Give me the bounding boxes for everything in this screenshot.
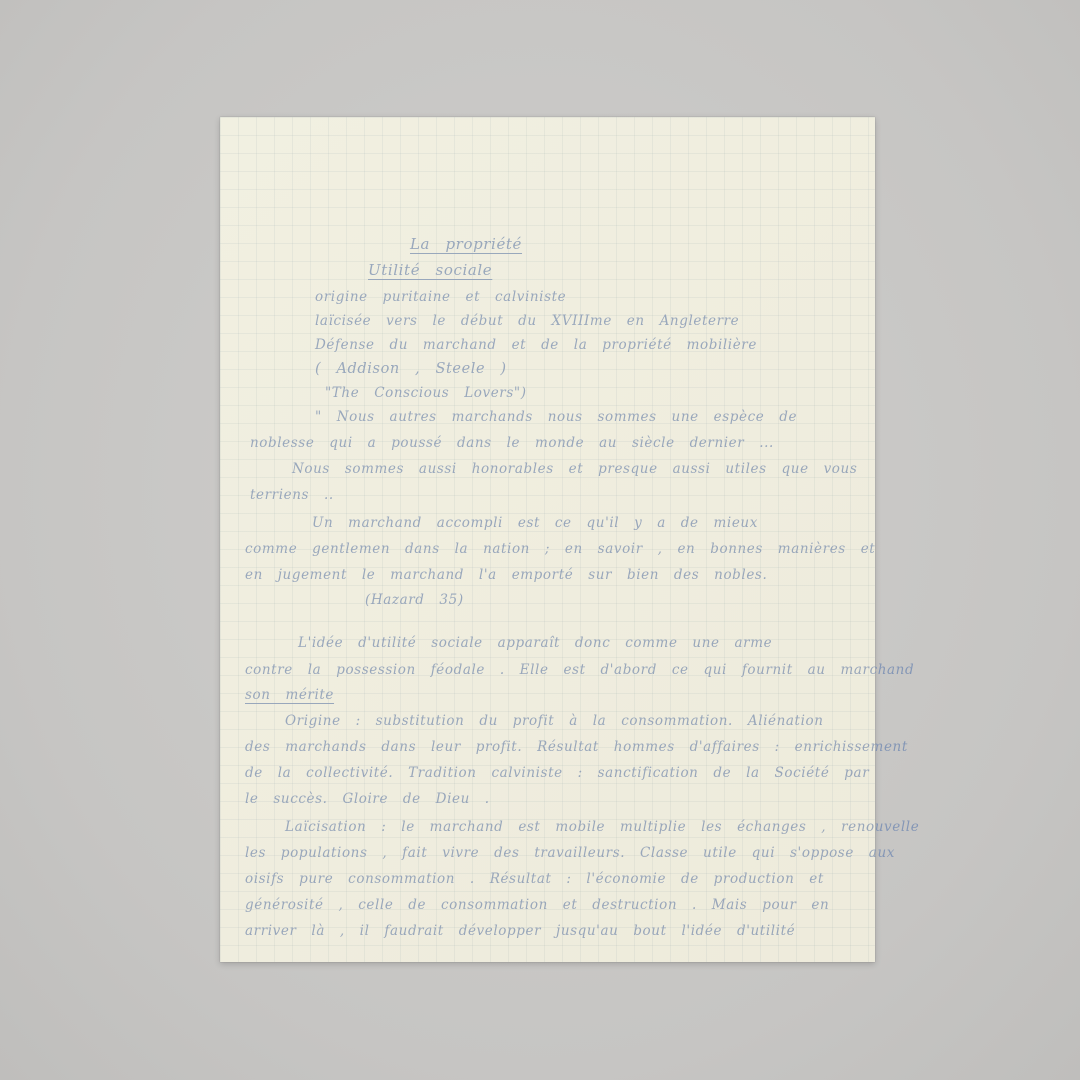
manuscript-line: le succès. Gloire de Dieu . — [245, 791, 490, 807]
manuscript-line: Origine : substitution du profit à la co… — [285, 713, 824, 729]
manuscript-line: noblesse qui a poussé dans le monde au s… — [250, 435, 774, 451]
manuscript-line: Nous sommes aussi honorables et presque … — [292, 461, 857, 477]
manuscript-line: " Nous autres marchands nous sommes une … — [315, 409, 797, 425]
manuscript-line: laïcisée vers le début du XVIIIme en Ang… — [315, 313, 739, 329]
manuscript-line: comme gentlemen dans la nation ; en savo… — [245, 541, 875, 557]
manuscript-line: "The Conscious Lovers") — [325, 385, 527, 401]
manuscript-line: L'idée d'utilité sociale apparaît donc c… — [298, 635, 772, 651]
manuscript-line: terriens .. — [250, 487, 334, 503]
manuscript-citation: (Hazard 35) — [365, 592, 464, 608]
manuscript-line: générosité , celle de consommation et de… — [245, 897, 829, 913]
manuscript-line: Laïcisation : le marchand est mobile mul… — [285, 819, 919, 835]
manuscript-line: Un marchand accompli est ce qu'il y a de… — [312, 515, 758, 531]
manuscript-line: en jugement le marchand l'a emporté sur … — [245, 567, 767, 583]
manuscript-line: arriver là , il faudrait développer jusq… — [245, 923, 795, 939]
manuscript-line: des marchands dans leur profit. Résultat… — [245, 739, 908, 755]
manuscript-line: son mérite — [245, 687, 334, 703]
manuscript-line: Défense du marchand et de la propriété m… — [315, 337, 757, 353]
manuscript-line: origine puritaine et calviniste — [315, 289, 566, 305]
manuscript-line: de la collectivité. Tradition calviniste… — [245, 765, 869, 781]
manuscript-page: La propriété Utilité sociale origine pur… — [220, 117, 875, 962]
manuscript-line: oisifs pure consommation . Résultat : l'… — [245, 871, 824, 887]
manuscript-line: les populations , fait vivre des travail… — [245, 845, 895, 861]
page-subtitle: Utilité sociale — [368, 261, 492, 279]
manuscript-line: ( Addison , Steele ) — [315, 361, 507, 377]
page-title: La propriété — [410, 235, 522, 253]
manuscript-line: contre la possession féodale . Elle est … — [245, 662, 914, 678]
